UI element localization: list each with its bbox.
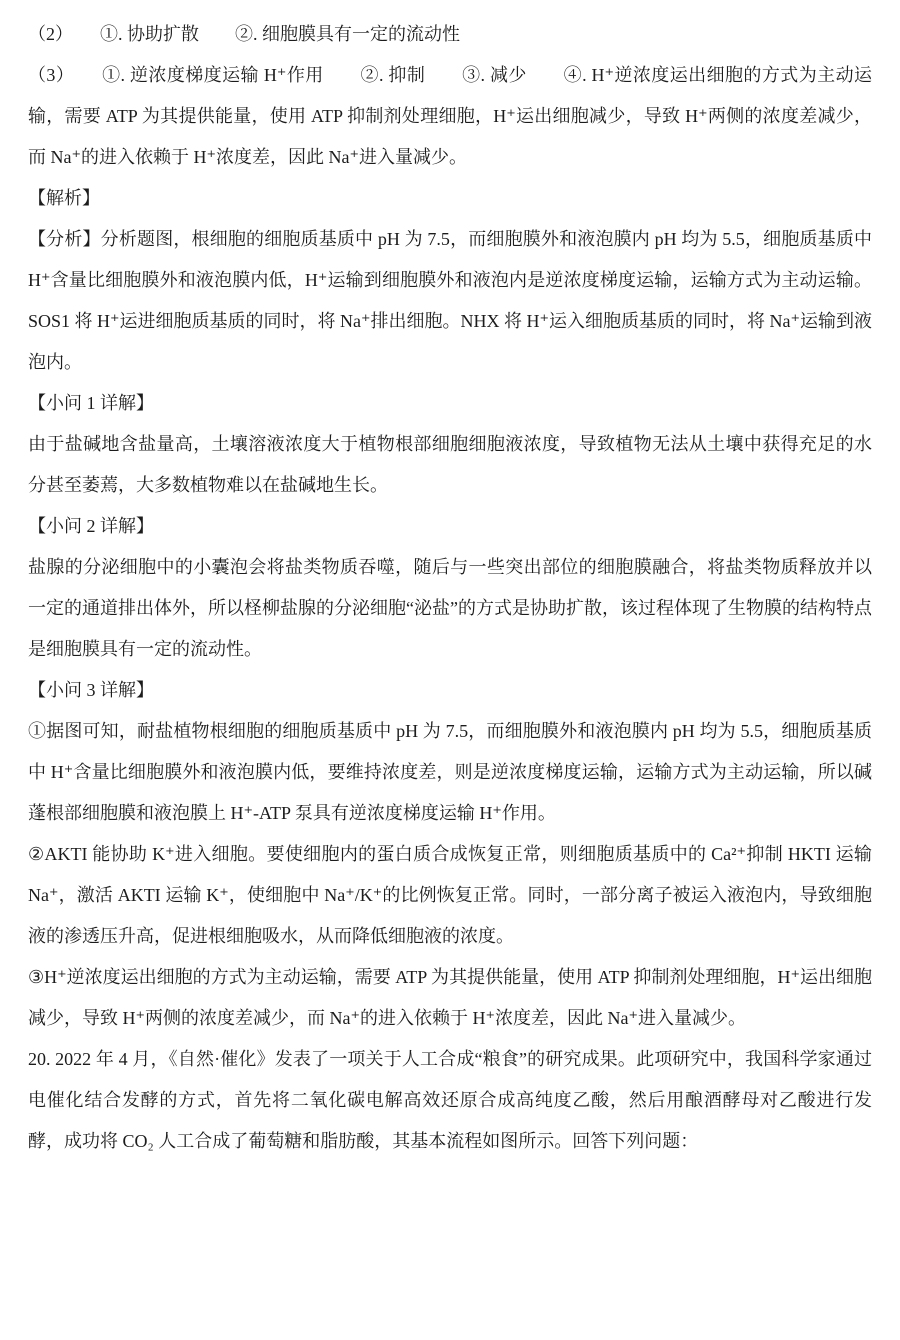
subquestion-1-body: 由于盐碱地含盐量高，土壤溶液浓度大于植物根部细胞细胞液浓度，导致植物无法从土壤中… xyxy=(28,424,872,506)
subquestion-3-point-1: ①据图可知，耐盐植物根细胞的细胞质基质中 pH 为 7.5，而细胞膜外和液泡膜内… xyxy=(28,711,872,834)
question-20-intro: 20. 2022 年 4 月，《自然·催化》发表了一项关于人工合成“粮食”的研究… xyxy=(28,1039,872,1162)
section-label-analysis-header: 【解析】 xyxy=(28,178,872,219)
analysis-paragraph: 【分析】分析题图，根细胞的细胞质基质中 pH 为 7.5，而细胞膜外和液泡膜内 … xyxy=(28,219,872,383)
subquestion-3-header: 【小问 3 详解】 xyxy=(28,670,872,711)
subquestion-2-header: 【小问 2 详解】 xyxy=(28,506,872,547)
answer-line-q2: （2） ①. 协助扩散 ②. 细胞膜具有一定的流动性 xyxy=(28,14,872,55)
subquestion-3-point-3: ③H⁺逆浓度运出细胞的方式为主动运输，需要 ATP 为其提供能量，使用 ATP … xyxy=(28,957,872,1039)
subquestion-1-header: 【小问 1 详解】 xyxy=(28,383,872,424)
subquestion-2-body: 盐腺的分泌细胞中的小囊泡会将盐类物质吞噬，随后与一些突出部位的细胞膜融合，将盐类… xyxy=(28,547,872,670)
subquestion-3-point-2: ②AKTI 能协助 K⁺进入细胞。要使细胞内的蛋白质合成恢复正常，则细胞质基质中… xyxy=(28,834,872,957)
answer-line-q3: （3） ①. 逆浓度梯度运输 H⁺作用 ②. 抑制 ③. 减少 ④. H⁺逆浓度… xyxy=(28,55,872,178)
document-page: （2） ①. 协助扩散 ②. 细胞膜具有一定的流动性 （3） ①. 逆浓度梯度运… xyxy=(0,0,900,1340)
